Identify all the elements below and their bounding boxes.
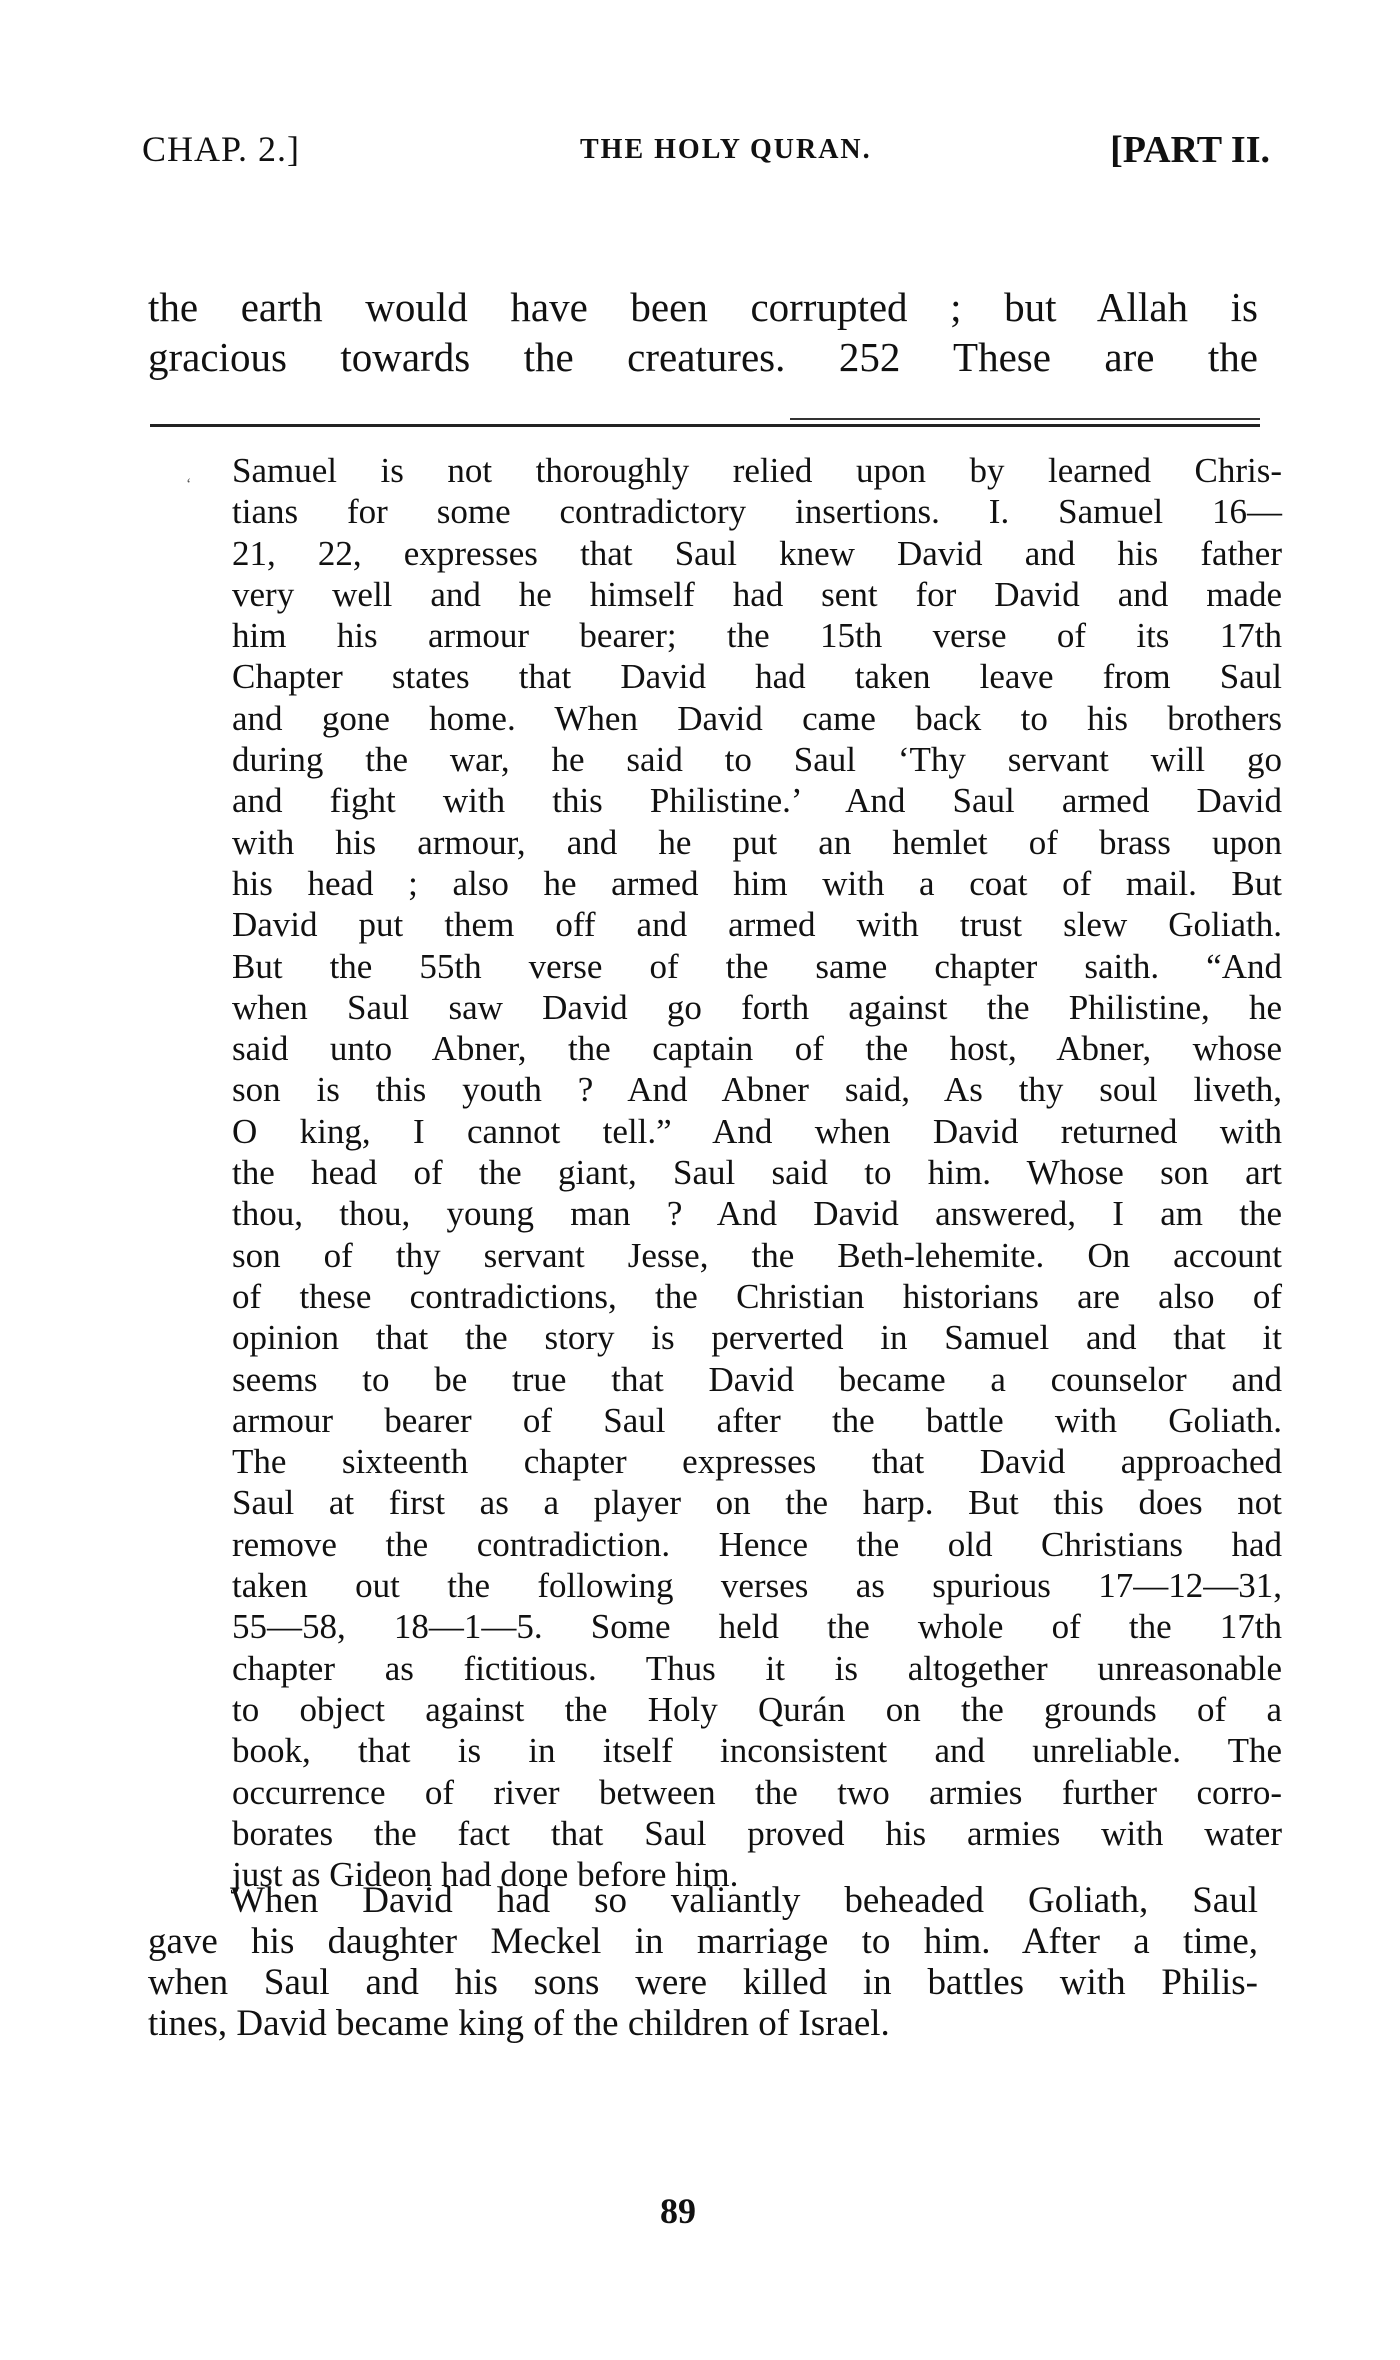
footnote-line: occurrence of river between the two armi… — [232, 1772, 1282, 1813]
part-label: [PART II. — [1110, 128, 1270, 172]
footnote-line: Saul at first as a player on the harp. B… — [232, 1482, 1282, 1523]
book-page: CHAP. 2.] THE HOLY QURAN. [PART II. the … — [0, 0, 1400, 2360]
footnote-marker: ‘ — [186, 476, 191, 494]
footnote-line: with his armour, and he put an hemlet of… — [232, 822, 1282, 863]
footnote-line: tians for some contradictory insertions.… — [232, 491, 1282, 532]
book-title: THE HOLY QURAN. — [580, 134, 872, 166]
footnote-line: Samuel is not thoroughly relied upon by … — [232, 450, 1282, 491]
footnote-line: and fight with this Philistine.’ And Sau… — [232, 780, 1282, 821]
footnote-line: and gone home. When David came back to h… — [232, 698, 1282, 739]
footnote-line: remove the contradiction. Hence the old … — [232, 1524, 1282, 1565]
paragraph-line: when Saul and his sons were killed in ba… — [148, 1962, 1258, 2003]
footnote-line: son is this youth ? And Abner said, As t… — [232, 1069, 1282, 1110]
footnote-line: 55—58, 18—1—5. Some held the whole of th… — [232, 1606, 1282, 1647]
footnote-line: him his armour bearer; the 15th verse of… — [232, 615, 1282, 656]
footnote-line: O king, I cannot tell.” And when David r… — [232, 1111, 1282, 1152]
footnote-rule — [150, 424, 1260, 427]
footnote-line: book, that is in itself inconsistent and… — [232, 1730, 1282, 1771]
paragraph: When David had so valiantly beheaded Gol… — [148, 1880, 1258, 2044]
footnote-line: when Saul saw David go forth against the… — [232, 987, 1282, 1028]
footnote-line: said unto Abner, the captain of the host… — [232, 1028, 1282, 1069]
footnote-line: 21, 22, expresses that Saul knew David a… — [232, 533, 1282, 574]
paragraph-line: When David had so valiantly beheaded Gol… — [148, 1880, 1258, 1921]
text-line: the earth would have been corrupted ; bu… — [148, 282, 1258, 332]
footnote-line: opinion that the story is perverted in S… — [232, 1317, 1282, 1358]
text-line: gracious towards the creatures. 252 Thes… — [148, 332, 1258, 382]
chapter-label: CHAP. 2.] — [142, 128, 300, 170]
footnote-line: to object against the Holy Qurán on the … — [232, 1689, 1282, 1730]
footnote-line: very well and he himself had sent for Da… — [232, 574, 1282, 615]
footnote: Samuel is not thoroughly relied upon by … — [232, 450, 1282, 1895]
footnote-rule-secondary — [790, 418, 1260, 420]
footnote-line: his head ; also he armed him with a coat… — [232, 863, 1282, 904]
footnote-line: chapter as fictitious. Thus it is altoge… — [232, 1648, 1282, 1689]
footnote-line: son of thy servant Jesse, the Beth-lehem… — [232, 1235, 1282, 1276]
footnote-line: the head of the giant, Saul said to him.… — [232, 1152, 1282, 1193]
footnote-line: seems to be true that David became a cou… — [232, 1359, 1282, 1400]
footnote-line: during the war, he said to Saul ‘Thy ser… — [232, 739, 1282, 780]
footnote-line: of these contradictions, the Christian h… — [232, 1276, 1282, 1317]
main-text: the earth would have been corrupted ; bu… — [148, 282, 1258, 382]
paragraph-line: gave his daughter Meckel in marriage to … — [148, 1921, 1258, 1962]
footnote-line: David put them off and armed with trust … — [232, 904, 1282, 945]
footnote-line: thou, thou, young man ? And David answer… — [232, 1193, 1282, 1234]
paragraph-line: tines, David became king of the children… — [148, 2003, 1258, 2044]
page-number: 89 — [660, 2190, 696, 2232]
footnote-line: Chapter states that David had taken leav… — [232, 656, 1282, 697]
footnote-line: borates the fact that Saul proved his ar… — [232, 1813, 1282, 1854]
running-head: CHAP. 2.] THE HOLY QURAN. [PART II. — [140, 128, 1270, 188]
footnote-line: The sixteenth chapter expresses that Dav… — [232, 1441, 1282, 1482]
footnote-line: armour bearer of Saul after the battle w… — [232, 1400, 1282, 1441]
footnote-line: taken out the following verses as spurio… — [232, 1565, 1282, 1606]
footnote-line: But the 55th verse of the same chapter s… — [232, 946, 1282, 987]
